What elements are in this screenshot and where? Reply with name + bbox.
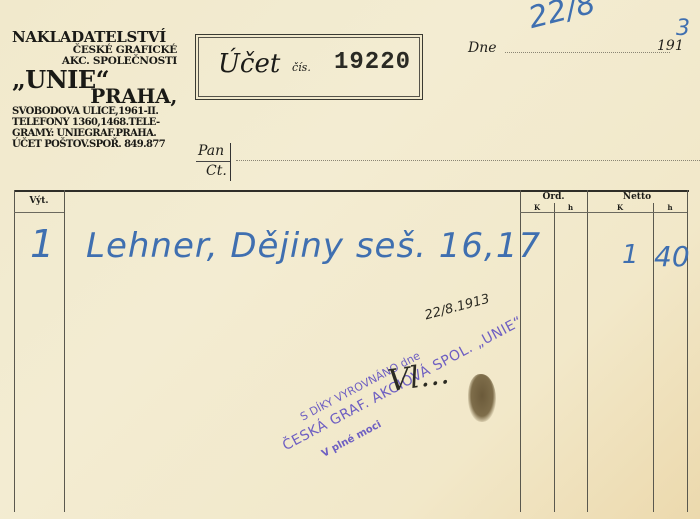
signature: Vl… — [386, 356, 452, 399]
table-right-border — [687, 190, 688, 512]
invoice-number-box: Účet čís. 19220 — [195, 34, 423, 100]
ink-blot — [468, 374, 496, 422]
recipient-ct-label: Ct. — [206, 163, 227, 179]
date-field-line — [505, 52, 670, 53]
header-netto: Netto — [587, 192, 687, 202]
header-netto-k: K — [587, 203, 653, 212]
stamp-date-handwritten: 22/8.1913 — [423, 292, 491, 324]
row-netto-h: 40 — [654, 240, 690, 273]
recipient-pan-label: Pan — [198, 143, 224, 159]
letterhead-address-1: SVOBODOVA ULICE,1961-II. — [12, 107, 177, 117]
qty-column-divider — [64, 190, 65, 512]
netto-column-left — [587, 190, 588, 512]
date-year-handwritten: 3 — [676, 16, 690, 41]
amount-header-rule — [520, 212, 687, 213]
header-netto-h: h — [653, 203, 687, 212]
letterhead-address-4: ÚČET POŠTOV.SPOŘ. 849.877 — [12, 140, 177, 150]
qty-header-rule — [14, 212, 64, 213]
header-ord-h: h — [554, 203, 587, 212]
header-ord-k: K — [520, 203, 554, 212]
header-qty: Výt. — [14, 196, 64, 206]
letterhead-publisher: NAKLADATELSTVÍ — [12, 30, 177, 45]
invoice-number-label: čís. — [292, 61, 311, 74]
table-left-border — [14, 190, 15, 512]
recipient-bracket — [230, 143, 235, 181]
recipient-label-divider — [196, 161, 230, 162]
letterhead-address-2: TELEFONY 1360,1468.TELE- — [12, 118, 177, 128]
row-netto-k: 1 — [622, 240, 639, 270]
ord-kh-divider — [554, 203, 555, 512]
invoice-number: 19220 — [334, 49, 411, 76]
row-description: Lehner, Dějiny seš. 16,17 — [86, 226, 541, 266]
invoice-title: Účet — [218, 49, 280, 79]
row-quantity: 1 — [30, 222, 54, 266]
letterhead-address-3: GRAMY: UNIEGRAF.PRAHA. — [12, 129, 177, 139]
publisher-letterhead: NAKLADATELSTVÍ ČESKÉ GRAFICKÉ AKC. SPOLE… — [12, 30, 177, 150]
header-ord: Ord. — [520, 192, 587, 202]
recipient-field-line — [236, 160, 700, 161]
date-label: Dne — [468, 40, 497, 56]
letterhead-company-1: ČESKÉ GRAFICKÉ — [12, 45, 177, 56]
date-handwritten: 22/8 — [525, 0, 599, 36]
